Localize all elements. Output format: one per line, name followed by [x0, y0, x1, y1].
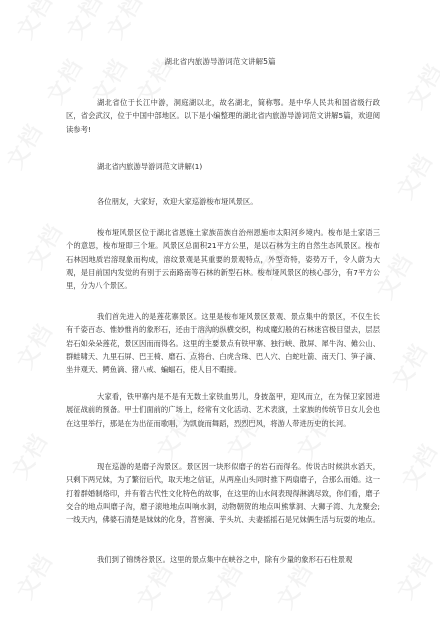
greeting-paragraph: 各位朋友，大家好，欢迎大家巡游梭布垭风景区。	[97, 197, 258, 207]
body-paragraph: 现在巡游的是磨子沟景区。景区因一块形似磨子的岩石而得名。传说古时候洪水滔天，只剩…	[66, 460, 380, 526]
document-page: 湖北省内旅游导游词范文讲解5篇 湖北省位于长江中游，洞庭湖以北，故名湖北，简称鄂…	[0, 0, 440, 620]
section-heading: 湖北省内旅游导游词范文讲解(1)	[97, 162, 202, 172]
body-paragraph: 我们到了锦绣谷景区。这里的景点集中在峡谷之中，除有少量的象形石石柱景观	[66, 553, 380, 566]
body-paragraph: 我们首先进入的是莲花寨景区。这里是梭布垭风景区景观、景点集中的景区，不仅生长有千…	[66, 310, 380, 376]
body-paragraph: 梭布垭风景区位于湖北省恩施土家族苗族自治州恩施市太阳河乡境内。梭布是土家语三个的…	[66, 226, 380, 292]
body-paragraph: 大家看，铁甲寨内是不是有无数土家铁血男儿，身披盔甲，迎风而立，在为保卫家园进展征…	[66, 390, 380, 430]
intro-paragraph: 湖北省位于长江中游，洞庭湖以北，故名湖北，简称鄂。是中华人民共和国省级行政区，省…	[66, 96, 380, 136]
document-title: 湖北省内旅游导游词范文讲解5篇	[0, 56, 440, 67]
